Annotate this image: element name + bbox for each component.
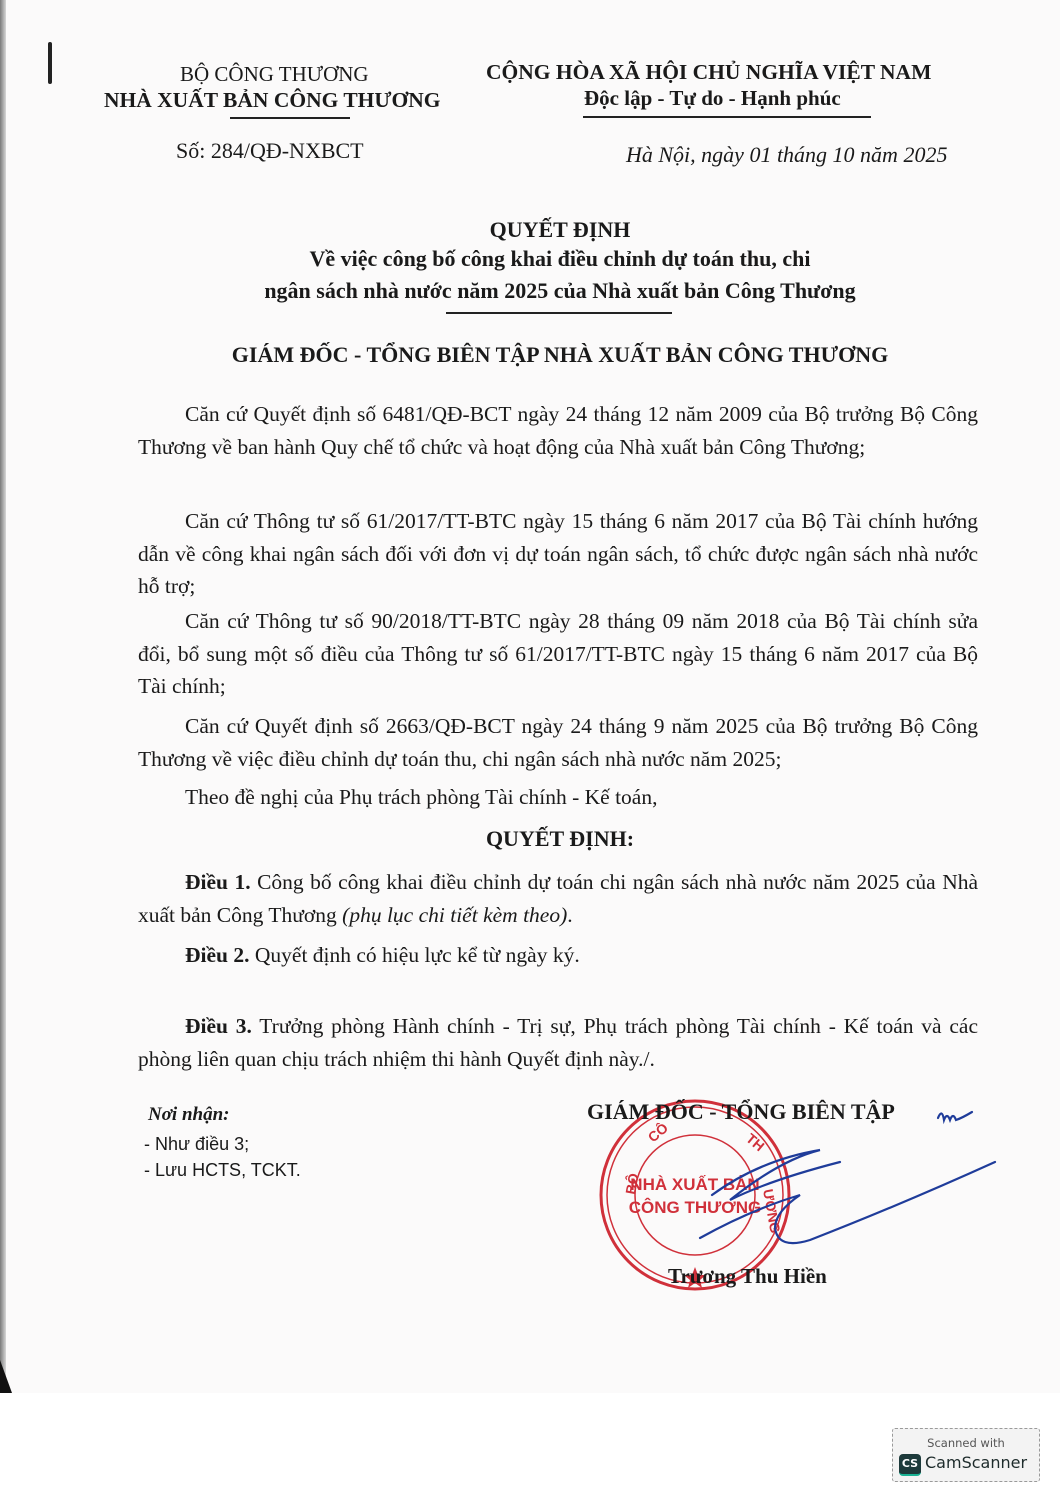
article-2: Điều 2. Quyết định có hiệu lực kể từ ngà… <box>138 939 978 972</box>
article-label: Điều 2. <box>185 943 250 967</box>
pen-mark <box>48 42 52 84</box>
watermark-brand: CamScanner <box>925 1453 1027 1472</box>
subject-line-1: Về việc công bố công khai điều chỉnh dự … <box>80 246 1040 272</box>
recipient-item: - Như điều 3; <box>144 1134 249 1155</box>
camscanner-watermark: Scanned with CS CamScanner <box>892 1428 1040 1482</box>
preamble-text: Căn cứ Quyết định số 2663/QĐ-BCT ngày 24… <box>138 710 978 775</box>
watermark-caption: Scanned with <box>893 1436 1039 1450</box>
handwritten-signature-icon <box>600 1100 1020 1260</box>
agency-parent: BỘ CÔNG THƯƠNG <box>180 62 369 87</box>
agency-name: NHÀ XUẤT BẢN CÔNG THƯƠNG <box>104 88 440 113</box>
article-note: (phụ lục chi tiết kèm theo) <box>342 903 567 927</box>
scan-left-edge <box>0 0 6 1393</box>
document-number: Số: 284/QĐ-NXBCT <box>176 138 364 164</box>
article-1: Điều 1. Công bố công khai điều chỉnh dự … <box>138 866 978 931</box>
preamble-1: Căn cứ Quyết định số 6481/QĐ-BCT ngày 24… <box>138 398 978 463</box>
place-date: Hà Nội, ngày 01 tháng 10 năm 2025 <box>626 142 947 168</box>
preamble-2: Căn cứ Thông tư số 61/2017/TT-BTC ngày 1… <box>138 505 978 603</box>
motto-underline <box>583 116 871 118</box>
recipients-title: Nơi nhận: <box>148 1104 229 1126</box>
document-type: QUYẾT ĐỊNH <box>80 217 1040 243</box>
preamble-4: Căn cứ Quyết định số 2663/QĐ-BCT ngày 24… <box>138 710 978 775</box>
agency-underline <box>230 117 350 119</box>
motto: Độc lập - Tự do - Hạnh phúc <box>584 86 841 111</box>
article-3: Điều 3. Trưởng phòng Hành chính - Trị sự… <box>138 1010 978 1075</box>
scan-corner-shadow <box>0 1360 12 1393</box>
preamble-3: Căn cứ Thông tư số 90/2018/TT-BTC ngày 2… <box>138 605 978 703</box>
article-end: . <box>567 903 572 927</box>
title-underline <box>446 312 672 314</box>
preamble-text: Căn cứ Thông tư số 61/2017/TT-BTC ngày 1… <box>138 505 978 603</box>
nation-title: CỘNG HÒA XÃ HỘI CHỦ NGHĨA VIỆT NAM <box>486 60 931 85</box>
camscanner-logo-icon: CS <box>899 1454 921 1476</box>
article-text: Trưởng phòng Hành chính - Trị sự, Phụ tr… <box>138 1014 978 1071</box>
subject-line-2: ngân sách nhà nước năm 2025 của Nhà xuất… <box>80 278 1040 304</box>
decision-heading: QUYẾT ĐỊNH: <box>80 826 1040 852</box>
article-label: Điều 3. <box>185 1014 252 1038</box>
article-text: Quyết định có hiệu lực kể từ ngày ký. <box>250 943 580 967</box>
preamble-5: Theo đề nghị của Phụ trách phòng Tài chí… <box>138 781 978 814</box>
issuing-authority: GIÁM ĐỐC - TỔNG BIÊN TẬP NHÀ XUẤT BẢN CÔ… <box>80 342 1040 368</box>
preamble-text: Căn cứ Thông tư số 90/2018/TT-BTC ngày 2… <box>138 605 978 703</box>
recipient-item: - Lưu HCTS, TCKT. <box>144 1160 301 1181</box>
signer-name: Trương Thu Hiền <box>668 1264 827 1289</box>
article-label: Điều 1. <box>185 870 251 894</box>
preamble-text: Căn cứ Quyết định số 6481/QĐ-BCT ngày 24… <box>138 398 978 463</box>
preamble-text: Theo đề nghị của Phụ trách phòng Tài chí… <box>138 781 978 814</box>
